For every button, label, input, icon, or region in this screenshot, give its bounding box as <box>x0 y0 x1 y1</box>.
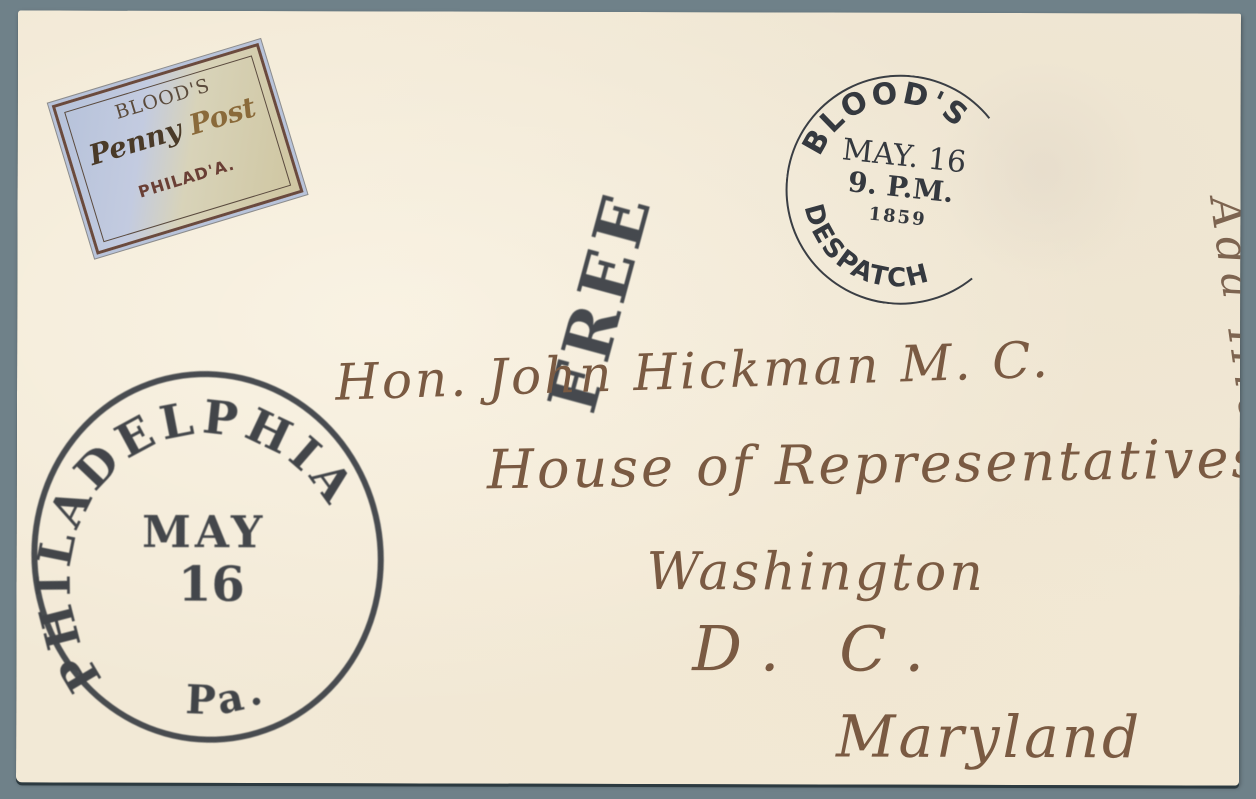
phila-state: Pa. <box>178 663 275 729</box>
address-line-3: Washington <box>646 542 985 603</box>
bloods-despatch-postmark: BLOOD'S DESPATCH MAY. 16 9. P.M. 1859 <box>774 63 1027 316</box>
address-line-2: House of Representatives <box>486 427 1241 501</box>
sender-signature: Ada Hickman <box>1199 193 1241 585</box>
bloods-penny-post-label: BLOOD'S Penny Post PHILAD'A. <box>52 43 304 255</box>
phila-day: 16 <box>41 556 381 613</box>
address-line-4: D. C. <box>692 612 944 686</box>
phila-month: MAY <box>34 507 374 559</box>
address-line-5: Maryland <box>836 703 1142 772</box>
svg-text:Pa.: Pa. <box>178 663 275 729</box>
envelope: BLOOD'S Penny Post PHILAD'A. BLOOD'S DES… <box>16 10 1241 785</box>
address-line-1: Hon. John Hickman M. C. <box>334 331 1051 412</box>
